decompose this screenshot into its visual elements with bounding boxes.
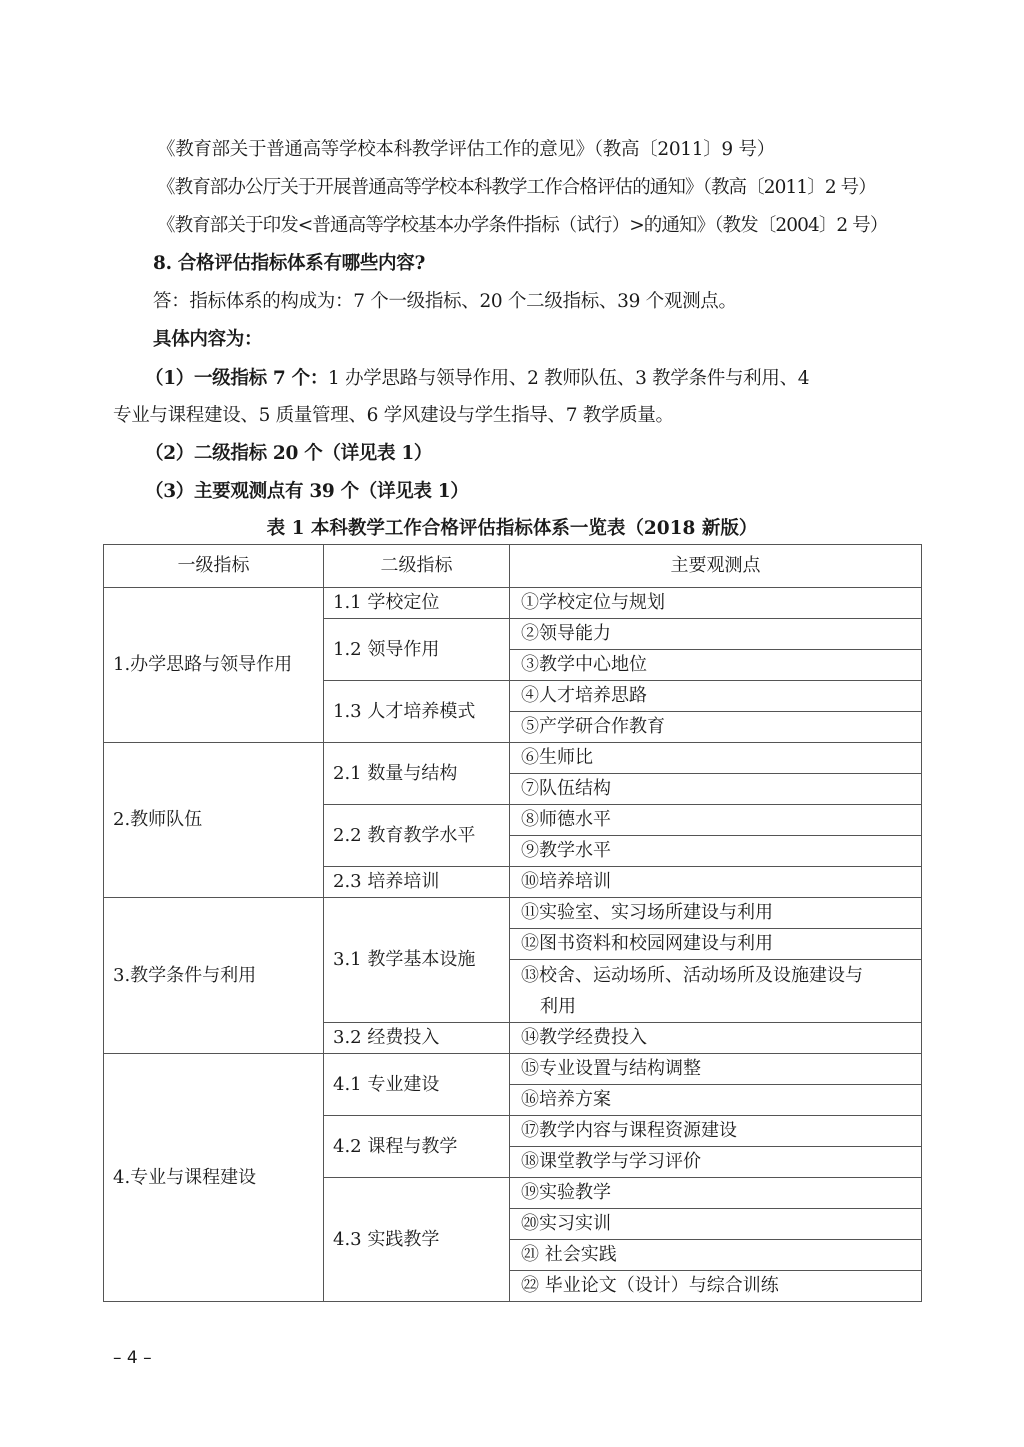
table-row: 3.教学条件与利用 3.1 教学基本设施 ⑪实验室、实习场所建设与利用	[104, 898, 922, 929]
reference-line-2: 《教育部办公厅关于开展普通高等学校本科教学工作合格评估的通知》（教高〔2011〕…	[157, 176, 876, 200]
reference-line-3: 《教育部关于印发<普通高等学校基本办学条件指标（试行）>的通知》（教发〔2004…	[157, 214, 888, 238]
level2-cell: 1.3 人才培养模式	[324, 681, 510, 743]
point-cell: ⑰教学内容与课程资源建设	[510, 1116, 922, 1147]
level2-cell: 4.2 课程与教学	[324, 1116, 510, 1178]
point-cell: ⑧师德水平	[510, 805, 922, 836]
point-cell: ㉒ 毕业论文（设计）与综合训练	[510, 1271, 922, 1302]
question-heading: 8. 合格评估指标体系有哪些内容?	[153, 252, 425, 276]
point-cell: ⑨教学水平	[510, 836, 922, 867]
point-cell: ⑤产学研合作教育	[510, 712, 922, 743]
reference-line-1: 《教育部关于普通高等学校本科教学评估工作的意见》（教高〔2011〕9 号）	[157, 138, 775, 162]
point-cell: ⑯培养方案	[510, 1085, 922, 1116]
table-header-row: 一级指标 二级指标 主要观测点	[104, 545, 922, 588]
level1-cell: 1.办学思路与领导作用	[104, 588, 324, 743]
index-table: 一级指标 二级指标 主要观测点 1.办学思路与领导作用 1.1 学校定位 ①学校…	[103, 544, 922, 1302]
level2-cell: 1.2 领导作用	[324, 619, 510, 681]
level1-cell: 2.教师队伍	[104, 743, 324, 898]
table-row: 2.教师队伍 2.1 数量与结构 ⑥生师比	[104, 743, 922, 774]
item-1-text: 1 办学思路与领导作用、2 教师队伍、3 教学条件与利用、4	[328, 368, 809, 389]
header-points: 主要观测点	[510, 545, 922, 588]
item-3: （3）主要观测点有 39 个（详见表 1）	[145, 480, 469, 504]
point-cell: ①学校定位与规划	[510, 588, 922, 619]
point-cell: ②领导能力	[510, 619, 922, 650]
level1-cell: 3.教学条件与利用	[104, 898, 324, 1054]
level2-cell: 2.3 培养培训	[324, 867, 510, 898]
table-row: 4.专业与课程建设 4.1 专业建设 ⑮专业设置与结构调整	[104, 1054, 922, 1085]
point-text-continued: 利用	[521, 991, 912, 1022]
point-cell: ⑩培养培训	[510, 867, 922, 898]
detail-heading: 具体内容为：	[153, 328, 262, 352]
point-cell: ㉑ 社会实践	[510, 1240, 922, 1271]
item-2: （2）二级指标 20 个（详见表 1）	[145, 442, 432, 466]
point-cell: ⑪实验室、实习场所建设与利用	[510, 898, 922, 929]
point-cell: ⑦队伍结构	[510, 774, 922, 805]
level2-cell: 2.2 教育教学水平	[324, 805, 510, 867]
table-caption: 表 1 本科教学工作合格评估指标体系一览表（2018 新版）	[0, 517, 1024, 541]
point-cell: ④人才培养思路	[510, 681, 922, 712]
page-number: – 4 –	[113, 1348, 152, 1368]
header-level1: 一级指标	[104, 545, 324, 588]
point-cell: ⑬校舍、运动场所、活动场所及设施建设与 利用	[510, 960, 922, 1023]
table-row: 1.办学思路与领导作用 1.1 学校定位 ①学校定位与规划	[104, 588, 922, 619]
point-cell: ⑳实习实训	[510, 1209, 922, 1240]
item-1-line-2: 专业与课程建设、5 质量管理、6 学风建设与学生指导、7 教学质量。	[113, 404, 674, 428]
point-cell: ⑲实验教学	[510, 1178, 922, 1209]
level2-cell: 4.3 实践教学	[324, 1178, 510, 1302]
level2-cell: 4.1 专业建设	[324, 1054, 510, 1116]
point-cell: ⑱课堂教学与学习评价	[510, 1147, 922, 1178]
answer-text: 答：指标体系的构成为：7 个一级指标、20 个二级指标、39 个观测点。	[153, 290, 737, 314]
item-1-line-1: （1）一级指标 7 个：1 办学思路与领导作用、2 教师队伍、3 教学条件与利用…	[145, 367, 809, 391]
point-text: ⑬校舍、运动场所、活动场所及设施建设与	[521, 965, 863, 986]
point-cell: ⑭教学经费投入	[510, 1023, 922, 1054]
level2-cell: 2.1 数量与结构	[324, 743, 510, 805]
point-cell: ⑫图书资料和校园网建设与利用	[510, 929, 922, 960]
level1-cell: 4.专业与课程建设	[104, 1054, 324, 1302]
header-level2: 二级指标	[324, 545, 510, 588]
level2-cell: 3.1 教学基本设施	[324, 898, 510, 1023]
point-cell: ③教学中心地位	[510, 650, 922, 681]
level2-cell: 3.2 经费投入	[324, 1023, 510, 1054]
item-1-label: （1）一级指标 7 个：	[145, 368, 328, 389]
point-cell: ⑮专业设置与结构调整	[510, 1054, 922, 1085]
point-cell: ⑥生师比	[510, 743, 922, 774]
level2-cell: 1.1 学校定位	[324, 588, 510, 619]
